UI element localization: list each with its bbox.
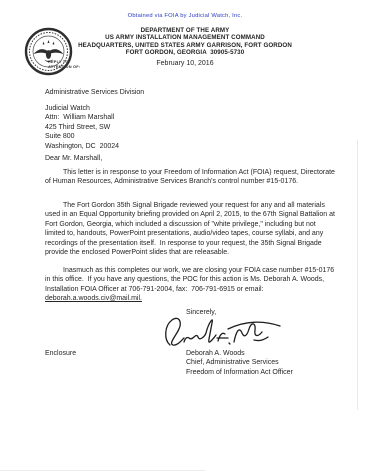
paragraph-2: The Fort Gordon 35th Signal Brigade revi…	[45, 201, 336, 257]
recipient-attn: Attn: William Marshall	[45, 113, 119, 122]
letter-date: February 10, 2016	[0, 59, 370, 68]
scan-edge-artifact	[357, 140, 358, 410]
foia-stamp: Obtained via FOIA by Judicial Watch, Inc…	[0, 13, 370, 19]
letterhead-line1: DEPARTMENT OF THE ARMY	[0, 27, 370, 34]
letterhead-line3: HEADQUARTERS, UNITED STATES ARMY GARRISO…	[0, 42, 370, 49]
recipient-suite: Suite 800	[45, 132, 119, 141]
office-line: Administrative Services Division	[45, 88, 144, 97]
recipient-address-block: Judicial Watch Attn: William Marshall 42…	[45, 104, 119, 151]
recipient-city: Washington, DC 20024	[45, 142, 119, 151]
scanned-letter-page: Obtained via FOIA by Judicial Watch, Inc…	[0, 0, 370, 476]
letterhead: DEPARTMENT OF THE ARMY US ARMY INSTALLAT…	[0, 27, 370, 56]
paragraph-3: Inasmuch as this completes our work, we …	[45, 266, 336, 304]
letterhead-line2: US ARMY INSTALLATION MANAGEMENT COMMAND	[0, 34, 370, 41]
scan-edge-artifact	[0, 470, 205, 471]
enclosure-note: Enclosure	[45, 349, 76, 358]
signer-title-2: Freedom of Information Act Officer	[186, 368, 293, 377]
letterhead-line4: FORT GORDON, GEORGIA 30905-5730	[0, 49, 370, 56]
paragraph-1: This letter is in response to your Freed…	[45, 168, 336, 187]
signer-name: Deborah A. Woods	[186, 349, 293, 358]
paragraph-3-text: Inasmuch as this completes our work, we …	[45, 267, 336, 293]
recipient-org: Judicial Watch	[45, 104, 119, 113]
signature-block: Deborah A. Woods Chief, Administrative S…	[186, 349, 293, 377]
email-address: deborah.a.woods.civ@mail.mil.	[45, 295, 142, 302]
salutation: Dear Mr. Marshall,	[45, 154, 102, 163]
recipient-street: 425 Third Street, SW	[45, 123, 119, 132]
signer-title-1: Chief, Administrative Services	[186, 358, 293, 367]
